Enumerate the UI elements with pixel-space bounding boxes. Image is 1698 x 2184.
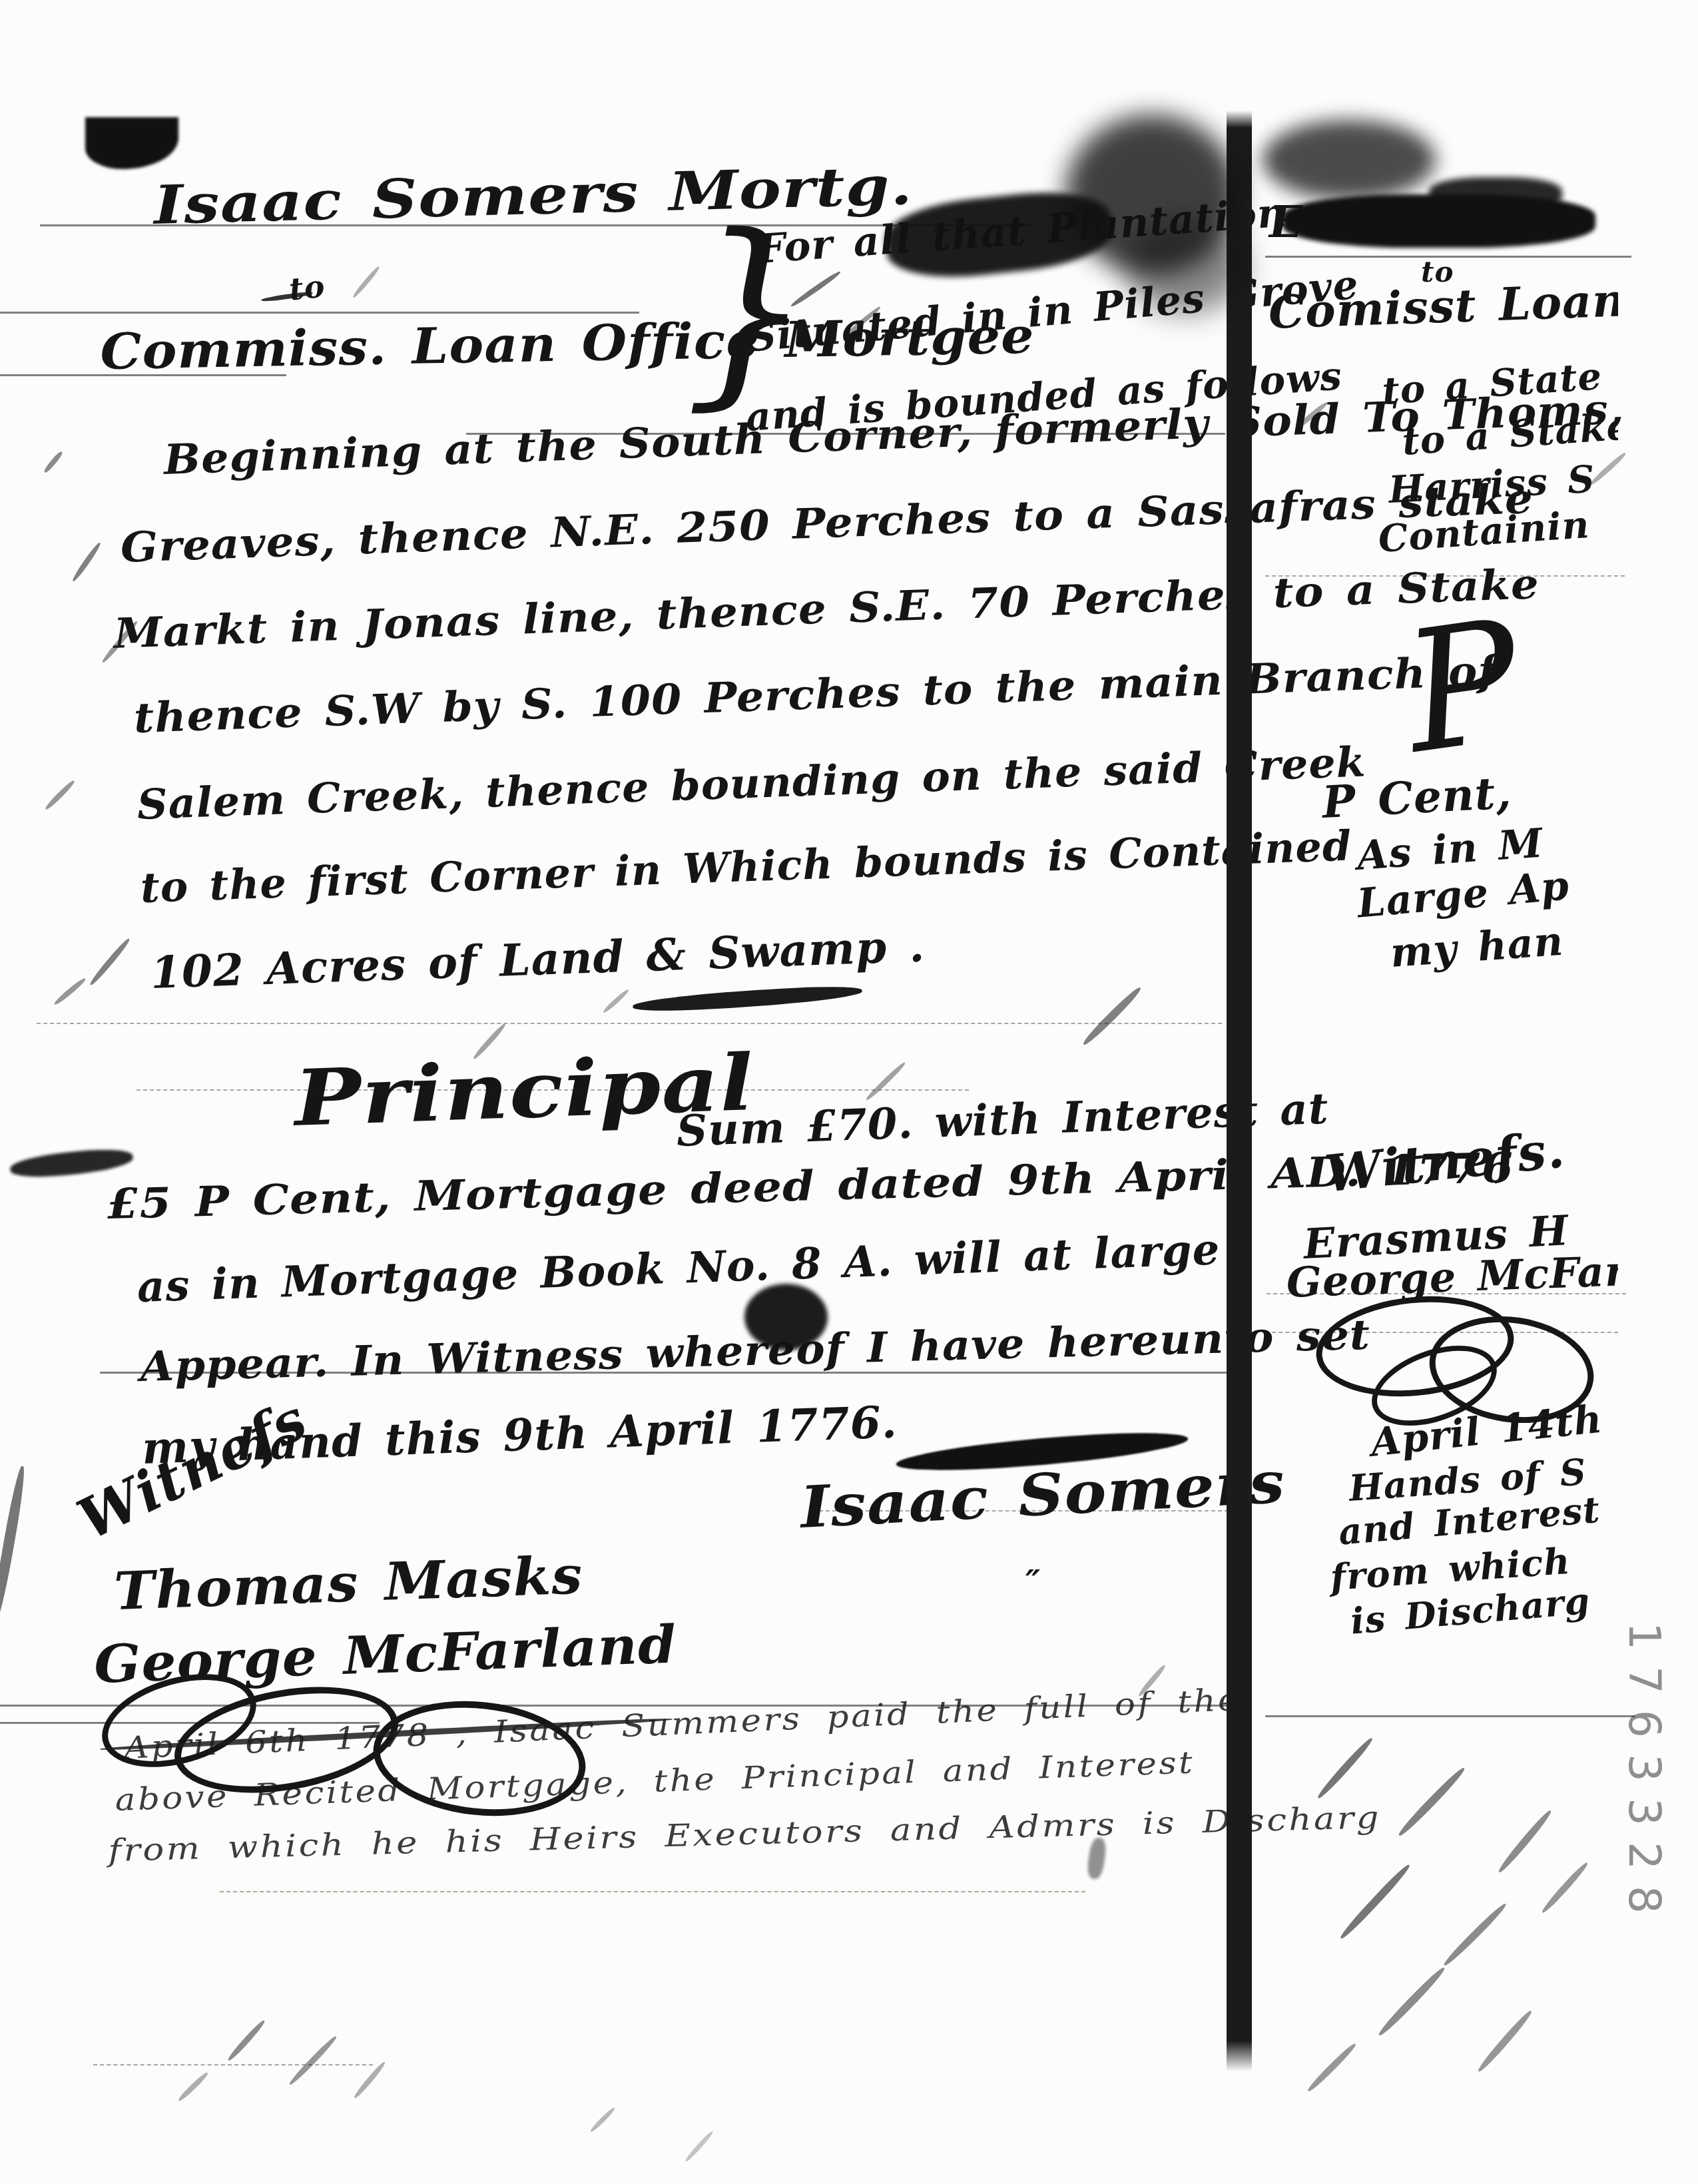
acreage-terminal-dash <box>633 983 863 1015</box>
ruled-line <box>93 2064 373 2065</box>
right-witness-label: Witnefs. <box>1322 1124 1567 1199</box>
witness-label: Witnefs <box>70 1390 315 1548</box>
right-fragment-5: P Cent, <box>1321 770 1513 824</box>
scanned-mortgage-ledger-page: Isaac Somers Mortg. to Commiss. Loan Off… <box>0 0 1698 2184</box>
scan-noise-stroke <box>53 977 87 1007</box>
ruled-line <box>1265 575 1625 577</box>
ruled-line <box>37 1023 1222 1024</box>
scan-noise-stroke <box>352 265 381 298</box>
ink-blot <box>1125 220 1245 313</box>
ink-blot <box>1263 120 1436 200</box>
ink-smear-heading-upper <box>1429 177 1562 212</box>
scan-noise-stroke <box>89 937 132 987</box>
right-fragment-4: Containin <box>1377 506 1591 558</box>
ditto-mark: ″ <box>1025 1566 1041 1599</box>
scan-noise-stroke <box>1081 985 1143 1047</box>
ruled-line <box>0 374 286 376</box>
ruled-line <box>137 1089 969 1091</box>
scan-noise-stroke <box>864 1061 906 1101</box>
mortgage-book-line: as in Mortgage Book No. 8 A. will at lar… <box>137 1228 1221 1309</box>
scan-noise-stroke <box>44 779 76 811</box>
scan-noise-stroke <box>0 1465 28 1624</box>
acreage-line: 102 Acres of Land & Swamp . <box>150 924 926 995</box>
right-fragment-3: Harriss S <box>1388 461 1596 509</box>
right-heading-party2: Comisst Loan Office <box>1268 272 1618 336</box>
metes-bounds-line-5: Salem Creek, thence bounding on the said… <box>137 742 1366 826</box>
margin-pencil-number: 1763328 <box>1623 1622 1670 1915</box>
scan-noise-stroke <box>684 2130 714 2163</box>
metes-bounds-line-6: to the first Corner in Which bounds is C… <box>140 825 1352 908</box>
grantor-signature: Isaac Somers <box>799 1454 1286 1537</box>
ruled-line <box>100 1372 1229 1374</box>
ruled-line <box>220 1891 1085 1892</box>
ruled-line <box>40 224 1032 226</box>
right-page-strip: E to Comisst Loan Office to a State to a… <box>1263 0 1618 2184</box>
right-fragment-2: to a Stake <box>1401 408 1618 461</box>
scan-noise-stroke <box>226 2019 266 2062</box>
ink-blot <box>9 1145 135 1181</box>
ink-blot <box>85 117 178 169</box>
scan-noise-stroke <box>288 2034 338 2086</box>
book-gutter-bar <box>1227 111 1252 2071</box>
ruled-line <box>819 1510 1229 1511</box>
ruled-line <box>1265 256 1631 258</box>
ink-blot <box>744 1284 828 1350</box>
ruled-line <box>1265 1715 1635 1717</box>
scan-noise-stroke <box>177 2071 210 2102</box>
scan-noise-stroke <box>589 2106 616 2133</box>
ink-blot <box>1086 1837 1107 1880</box>
witness-signature-1: Thomas Masks <box>113 1549 583 1618</box>
scan-noise-stroke <box>352 2061 386 2100</box>
scan-noise-stroke <box>43 450 64 474</box>
ruled-line <box>466 433 1225 435</box>
ruled-line <box>1267 1293 1626 1294</box>
right-fragment-1: to a State <box>1381 358 1603 410</box>
right-fragment-8: my han <box>1389 922 1565 973</box>
left-heading-connector: to <box>288 270 326 304</box>
right-principal-initial-flourish: P <box>1396 597 1530 777</box>
right-witness-signature-2: George McFarla <box>1286 1249 1618 1304</box>
scan-noise-stroke <box>602 988 630 1014</box>
ruled-line <box>0 312 639 314</box>
scan-noise-stroke <box>71 541 103 583</box>
